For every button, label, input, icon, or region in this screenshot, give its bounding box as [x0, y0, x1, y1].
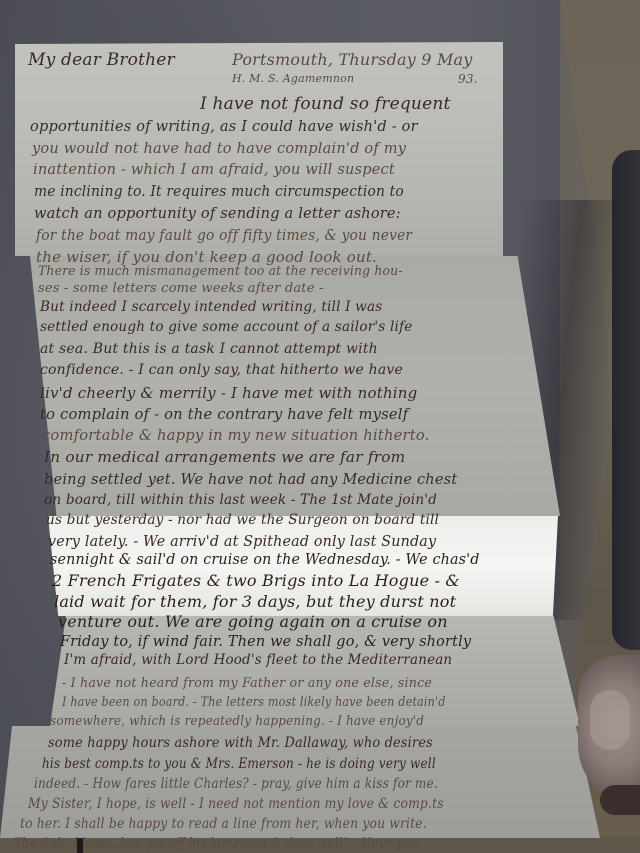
- handwritten-letter: My dear Brother Portsmouth, Thursday 9 M…: [0, 0, 640, 853]
- place-date: Portsmouth, Thursday 9 May: [232, 50, 473, 69]
- year: 93.: [458, 72, 478, 86]
- letter-line: confidence. - I can only say, that hithe…: [40, 362, 403, 378]
- letter-line: I have been on board. - The letters most…: [62, 695, 446, 710]
- letter-line: you would not have had to have complain'…: [32, 139, 406, 157]
- letter-line: opportunities of writing, as I could hav…: [30, 117, 418, 135]
- letter-line: indeed. - How fares little Charles? - pr…: [34, 776, 438, 792]
- salutation: My dear Brother: [28, 50, 175, 70]
- letter-line: I have not found so frequent: [200, 94, 451, 114]
- letter-line: settled enough to give some account of a…: [40, 319, 413, 335]
- letter-line: some happy hours ashore with Mr. Dallawa…: [48, 735, 433, 751]
- finger-shadow: [600, 785, 640, 815]
- letter-line: somewhere, which is repeatedly happening…: [50, 714, 424, 729]
- letter-line: I'm afraid, with Lord Hood's fleet to th…: [64, 652, 452, 668]
- letter-line: me inclining to. It requires much circum…: [34, 182, 404, 200]
- letter-line: watch an opportunity of sending a letter…: [34, 204, 401, 222]
- letter-line: The Colt, I hope, has got off his lamene…: [14, 836, 418, 851]
- letter-line: But indeed I scarcely intended writing, …: [40, 299, 382, 315]
- letter-line: comfortable & happy in my new situation …: [42, 426, 429, 444]
- thumbnail-highlight: [590, 690, 630, 750]
- letter-line: Friday to, if wind fair. Then we shall g…: [60, 632, 471, 650]
- letter-line: inattention - which I am afraid, you wil…: [33, 160, 395, 178]
- letter-line: My Sister, I hope, is well - I need not …: [28, 796, 444, 812]
- letter-line: on board, till within this last week - T…: [44, 492, 437, 508]
- letter-line: 2 French Frigates & two Brigs into La Ho…: [52, 571, 460, 590]
- letter-line: to her. I shall be happy to read a line …: [20, 816, 427, 832]
- letter-line: - I have not heard from my Father or any…: [62, 676, 432, 691]
- letter-line: being settled yet. We have not had any M…: [44, 470, 457, 488]
- letter-line: sennight & sail'd on cruise on the Wedne…: [50, 550, 480, 568]
- ship-name: H. M. S. Agamemnon: [232, 72, 354, 85]
- letter-line: In our medical arrangements we are far f…: [44, 448, 405, 466]
- letter-line: venture out. We are going again on a cru…: [58, 612, 448, 631]
- letter-line: us but yesterday - nor had we the Surgeo…: [46, 512, 439, 528]
- letter-line: ses - some letters come weeks after date…: [38, 281, 324, 296]
- letter-line: laid wait for them, for 3 days, but they…: [54, 592, 456, 611]
- letter-line: There is much mismanagement too at the r…: [38, 264, 403, 279]
- letter-line: his best comp.ts to you & Mrs. Emerson -…: [42, 756, 436, 772]
- letter-line: liv'd cheerly & merrily - I have met wit…: [40, 384, 417, 402]
- letter-line: very lately. - We arriv'd at Spithead on…: [48, 532, 436, 550]
- letter-line: for the boat may fault go off fifty time…: [36, 226, 412, 244]
- letter-line: to complain of - on the contrary have fe…: [40, 405, 408, 423]
- letter-line: at sea. But this is a task I cannot atte…: [40, 341, 378, 357]
